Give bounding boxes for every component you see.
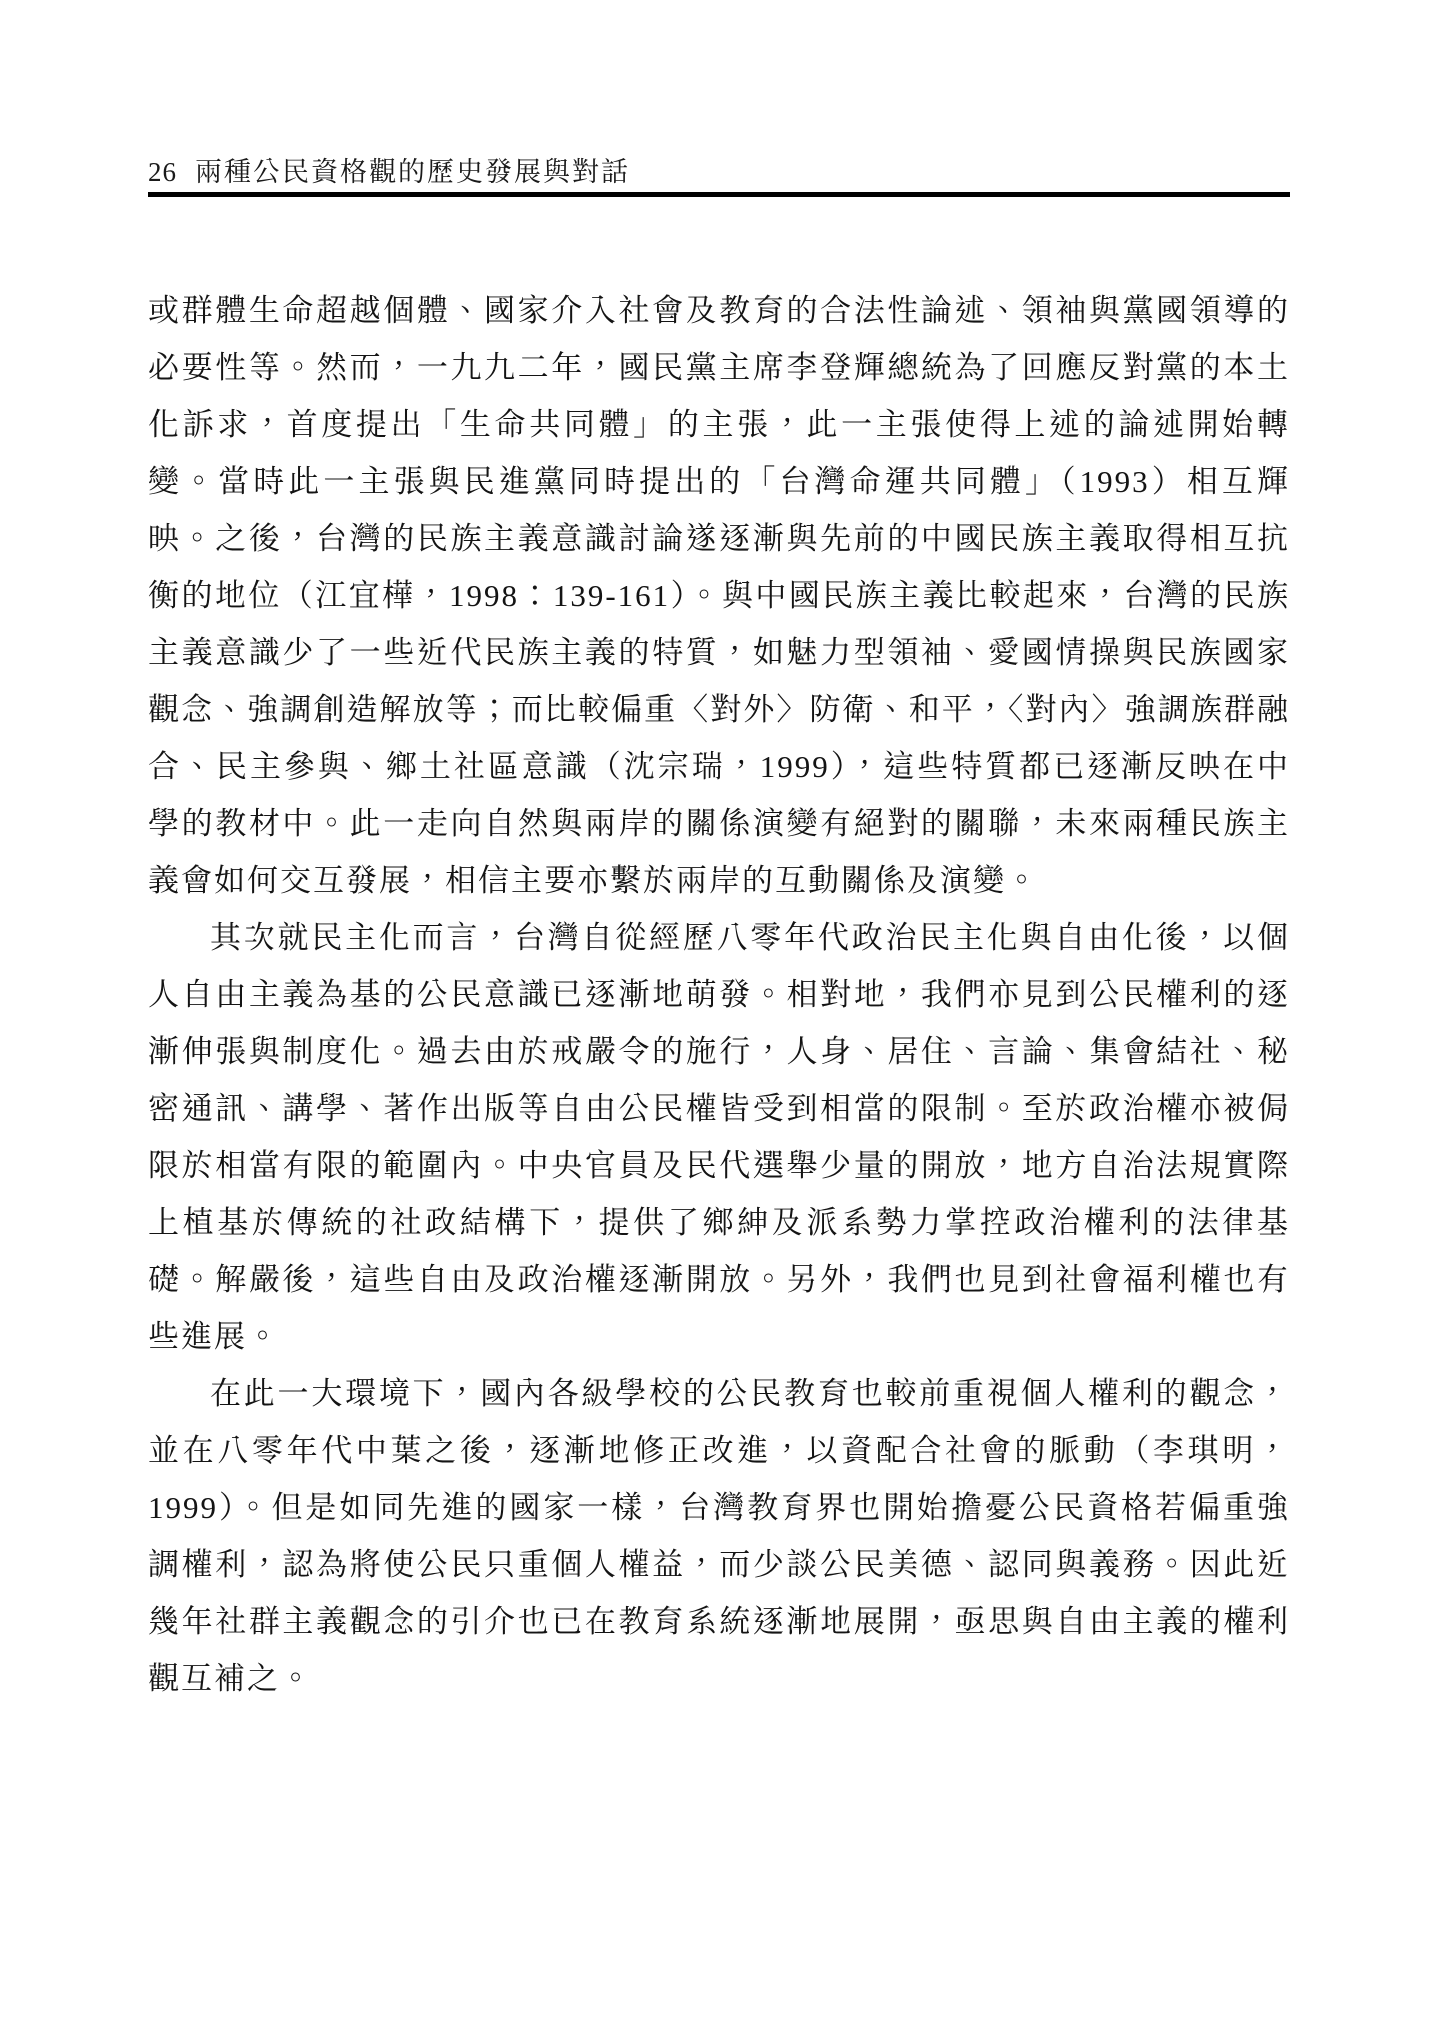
running-title: 兩種公民資格觀的歷史發展與對話 [195, 157, 630, 187]
running-header: 26兩種公民資格觀的歷史發展與對話 [148, 150, 1290, 189]
document-page: 26兩種公民資格觀的歷史發展與對話 或群體生命超越個體、國家介入社會及教育的合法… [0, 0, 1434, 2024]
paragraph-1: 或群體生命超越個體、國家介入社會及教育的合法性論述、領袖與黨國領導的必要性等。然… [148, 282, 1290, 909]
page-number: 26 [148, 157, 177, 188]
header-rule [148, 192, 1290, 197]
paragraph-2: 其次就民主化而言，台灣自從經歷八零年代政治民主化與自由化後，以個人自由主義為基的… [148, 909, 1290, 1365]
paragraph-3: 在此一大環境下，國內各級學校的公民教育也較前重視個人權利的觀念，並在八零年代中葉… [148, 1365, 1290, 1707]
body-text: 或群體生命超越個體、國家介入社會及教育的合法性論述、領袖與黨國領導的必要性等。然… [148, 282, 1290, 1707]
